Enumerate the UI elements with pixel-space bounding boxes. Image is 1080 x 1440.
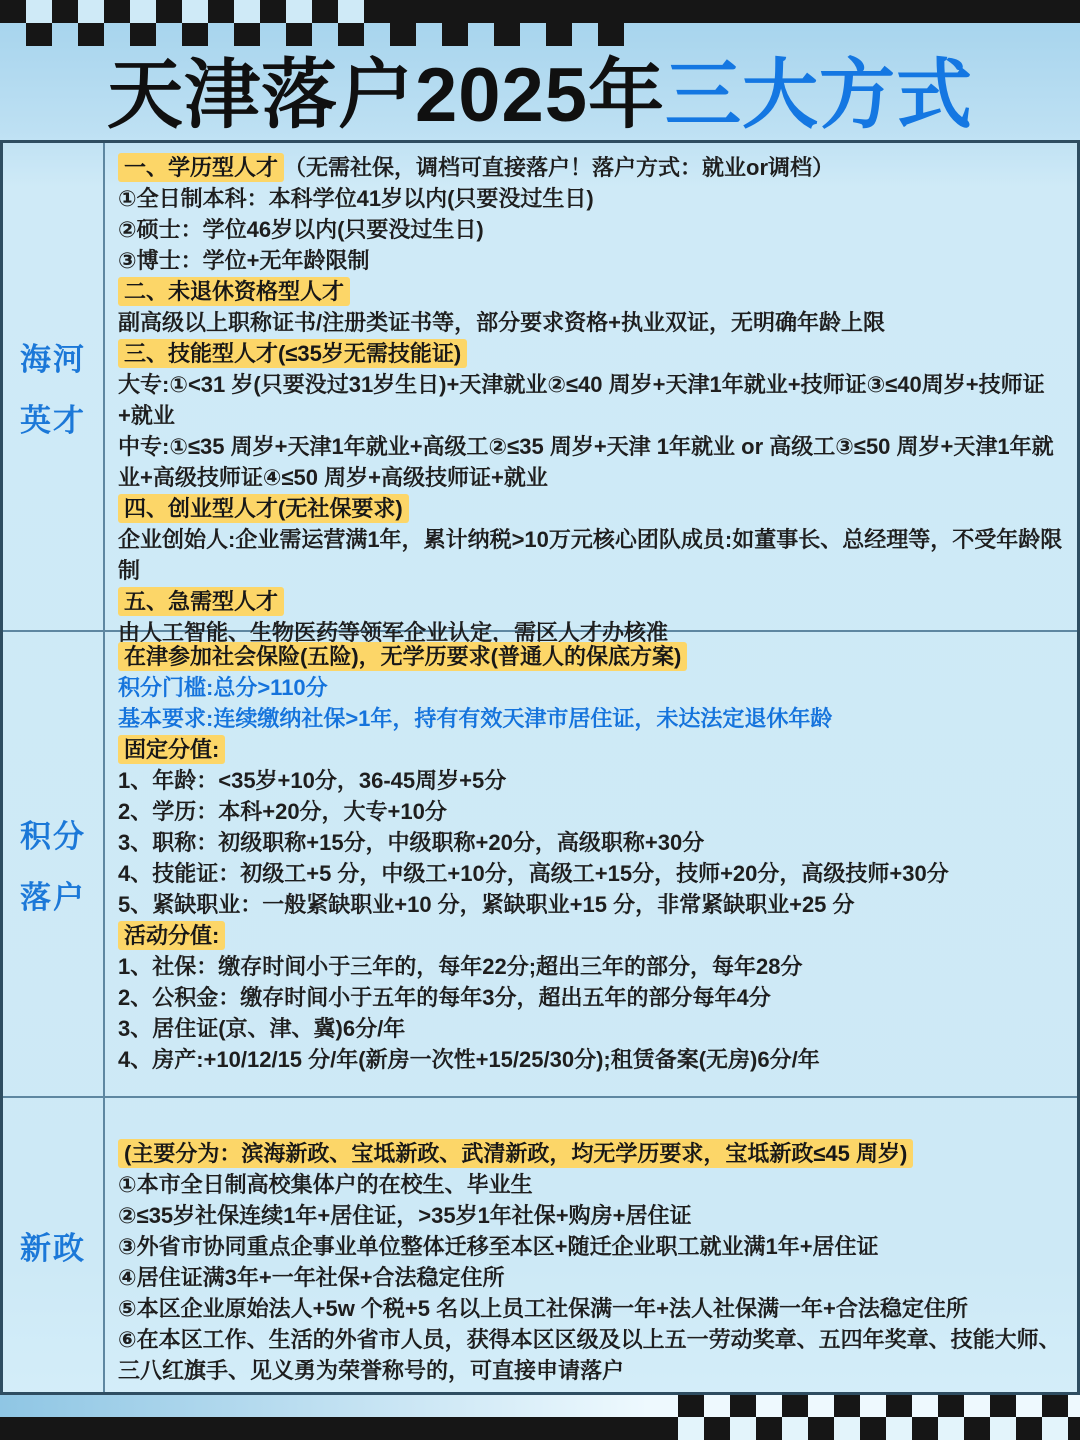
text-line: ②≤35岁社保连续1年+居住证，>35岁1年社保+购房+居住证 (118, 1200, 1065, 1231)
text-line: 基本要求:连续缴纳社保>1年，持有有效天津市居住证，未达法定退休年龄 (118, 703, 1065, 734)
plain-text: 1、年龄：<35岁+10分，36-45周岁+5分 (118, 768, 506, 793)
text-line: ①本市全日制高校集体户的在校生、毕业生 (118, 1169, 1065, 1200)
plain-text: 企业创始人:企业需运营满1年，累计纳税>10万元核心团队成员:如董事长、总经理等… (118, 527, 1062, 583)
section-jifen-luohu: 积分 落户 在津参加社会保险(五险)，无学历要求(普通人的保底方案) 积分门槛:… (3, 632, 1077, 1098)
checkerboard-bottom (0, 1395, 1080, 1440)
text-line: 1、年龄：<35岁+10分，36-45周岁+5分 (118, 765, 1065, 796)
text-line: 五、急需型人才 (118, 586, 1065, 617)
label-line: 落户 (20, 872, 86, 917)
plain-text: ④居住证满3年+一年社保+合法稳定住所 (118, 1265, 505, 1290)
plain-text: （无需社保，调档可直接落户！落户方式：就业or调档） (284, 155, 834, 180)
highlight-text: 三、技能型人才(≤35岁无需技能证) (118, 339, 467, 368)
plain-text: 2、公积金：缴存时间小于五年的每年3分，超出五年的部分每年4分 (118, 985, 771, 1010)
text-line: 三、技能型人才(≤35岁无需技能证) (118, 338, 1065, 369)
section-content-xinzheng: (主要分为：滨海新政、宝坻新政、武清新政，均无学历要求，宝坻新政≤45 周岁) … (105, 1098, 1077, 1392)
checkerboard-top-row1 (0, 0, 1080, 23)
text-line: 积分门槛:总分>110分 (118, 672, 1065, 703)
text-line: ③博士：学位+无年龄限制 (118, 245, 1065, 276)
policy-table: 海河 英才 一、学历型人才（无需社保，调档可直接落户！落户方式：就业or调档） … (0, 140, 1080, 1395)
section-label-jifen-luohu: 积分 落户 (3, 632, 105, 1096)
plain-text: ①全日制本科：本科学位41岁以内(只要没过生日) (118, 186, 594, 211)
blue-text: 基本要求:连续缴纳社保>1年，持有有效天津市居住证，未达法定退休年龄 (118, 706, 832, 731)
checkerboard-bottom-row1-squares (678, 1395, 1080, 1417)
plain-text: 副高级以上职称证书/注册类证书等，部分要求资格+执业双证，无明确年龄上限 (118, 310, 885, 335)
section-content-jifen-luohu: 在津参加社会保险(五险)，无学历要求(普通人的保底方案) 积分门槛:总分>110… (105, 632, 1077, 1096)
plain-text: ②≤35岁社保连续1年+居住证，>35岁1年社保+购房+居住证 (118, 1203, 692, 1228)
text-line: ⑥在本区工作、生活的外省市人员，获得本区区级及以上五一劳动奖章、五四年奖章、技能… (118, 1324, 1065, 1386)
text-line: 四、创业型人才(无社保要求) (118, 493, 1065, 524)
text-line: 2、学历：本科+20分，大专+10分 (118, 796, 1065, 827)
highlight-text: 活动分值: (118, 921, 225, 950)
highlight-text: 四、创业型人才(无社保要求) (118, 494, 409, 523)
label-line: 英才 (20, 395, 86, 440)
highlight-text: 一、学历型人才 (118, 153, 284, 182)
plain-text: 中专:①≤35 周岁+天津1年就业+高级工②≤35 周岁+天津 1年就业 or … (118, 434, 1054, 490)
text-line: 4、房产:+10/12/15 分/年(新房一次性+15/25/30分);租赁备案… (118, 1044, 1065, 1075)
checkerboard-bottom-row1 (0, 1395, 1080, 1417)
text-line: 在津参加社会保险(五险)，无学历要求(普通人的保底方案) (118, 641, 1065, 672)
text-line: ②硕士：学位46岁以内(只要没过生日) (118, 214, 1065, 245)
plain-text: ⑥在本区工作、生活的外省市人员，获得本区区级及以上五一劳动奖章、五四年奖章、技能… (118, 1327, 1061, 1383)
highlight-text: 固定分值: (118, 735, 225, 764)
plain-text: 4、房产:+10/12/15 分/年(新房一次性+15/25/30分);租赁备案… (118, 1047, 820, 1072)
section-content-haihe-yingcai: 一、学历型人才（无需社保，调档可直接落户！落户方式：就业or调档） ①全日制本科… (105, 143, 1077, 630)
plain-text: 4、技能证：初级工+5 分，中级工+10分，高级工+15分，技师+20分，高级技… (118, 861, 949, 886)
text-line: 副高级以上职称证书/注册类证书等，部分要求资格+执业双证，无明确年龄上限 (118, 307, 1065, 338)
page-title: 天津落户2025年三大方式 (0, 34, 1080, 143)
plain-text: ⑤本区企业原始法人+5w 个税+5 名以上员工社保满一年+法人社保满一年+合法稳… (118, 1296, 968, 1321)
text-line: 固定分值: (118, 734, 1065, 765)
checkerboard-top-row1-squares (0, 0, 390, 23)
text-line: 中专:①≤35 周岁+天津1年就业+高级工②≤35 周岁+天津 1年就业 or … (118, 431, 1065, 493)
plain-text: 3、居住证(京、津、冀)6分/年 (118, 1016, 405, 1041)
blue-text: 积分门槛:总分>110分 (118, 675, 328, 700)
text-line: 2、公积金：缴存时间小于五年的每年3分，超出五年的部分每年4分 (118, 982, 1065, 1013)
highlight-text: 五、急需型人才 (118, 587, 284, 616)
text-line: 活动分值: (118, 920, 1065, 951)
plain-text: 5、紧缺职业：一般紧缺职业+10 分，紧缺职业+15 分，非常紧缺职业+25 分 (118, 892, 855, 917)
text-line: 二、未退休资格型人才 (118, 276, 1065, 307)
page-title-blue: 三大方式 (665, 53, 973, 138)
text-line: 3、居住证(京、津、冀)6分/年 (118, 1013, 1065, 1044)
plain-text: ②硕士：学位46岁以内(只要没过生日) (118, 217, 484, 242)
label-line: 积分 (20, 811, 86, 856)
section-haihe-yingcai: 海河 英才 一、学历型人才（无需社保，调档可直接落户！落户方式：就业or调档） … (3, 143, 1077, 632)
text-line: ④居住证满3年+一年社保+合法稳定住所 (118, 1262, 1065, 1293)
text-line: 1、社保：缴存时间小于三年的，每年22分;超出三年的部分，每年28分 (118, 951, 1065, 982)
text-line: 4、技能证：初级工+5 分，中级工+10分，高级工+15分，技师+20分，高级技… (118, 858, 1065, 889)
highlight-text: 在津参加社会保险(五险)，无学历要求(普通人的保底方案) (118, 642, 687, 671)
section-label-xinzheng: 新政 (3, 1098, 105, 1392)
highlight-text: 二、未退休资格型人才 (118, 277, 350, 306)
text-line: (主要分为：滨海新政、宝坻新政、武清新政，均无学历要求，宝坻新政≤45 周岁) (118, 1138, 1065, 1169)
plain-text: 2、学历：本科+20分，大专+10分 (118, 799, 447, 824)
checkerboard-bottom-row2-squares (678, 1417, 1080, 1440)
page-title-black: 天津落户2025年 (107, 53, 665, 138)
plain-text: ③博士：学位+无年龄限制 (118, 248, 369, 273)
plain-text: ③外省市协同重点企事业单位整体迁移至本区+随迁企业职工就业满1年+居住证 (118, 1234, 879, 1259)
section-label-haihe-yingcai: 海河 英才 (3, 143, 105, 630)
text-line: 企业创始人:企业需运营满1年，累计纳税>10万元核心团队成员:如董事长、总经理等… (118, 524, 1065, 586)
text-line: ①全日制本科：本科学位41岁以内(只要没过生日) (118, 183, 1065, 214)
text-line: 3、职称：初级职称+15分，中级职称+20分，高级职称+30分 (118, 827, 1065, 858)
text-line: ③外省市协同重点企事业单位整体迁移至本区+随迁企业职工就业满1年+居住证 (118, 1231, 1065, 1262)
plain-text: 1、社保：缴存时间小于三年的，每年22分;超出三年的部分，每年28分 (118, 954, 803, 979)
text-line: 大专:①<31 岁(只要没过31岁生日)+天津就业②≤40 周岁+天津1年就业+… (118, 369, 1065, 431)
plain-text: 3、职称：初级职称+15分，中级职称+20分，高级职称+30分 (118, 830, 704, 855)
label-line: 海河 (20, 334, 86, 379)
plain-text: ①本市全日制高校集体户的在校生、毕业生 (118, 1172, 533, 1197)
section-xinzheng: 新政 (主要分为：滨海新政、宝坻新政、武清新政，均无学历要求，宝坻新政≤45 周… (3, 1098, 1077, 1392)
plain-text: 大专:①<31 岁(只要没过31岁生日)+天津就业②≤40 周岁+天津1年就业+… (118, 372, 1045, 428)
highlight-text: (主要分为：滨海新政、宝坻新政、武清新政，均无学历要求，宝坻新政≤45 周岁) (118, 1139, 913, 1168)
text-line: 一、学历型人才（无需社保，调档可直接落户！落户方式：就业or调档） (118, 152, 1065, 183)
checkerboard-bottom-row2 (0, 1417, 1080, 1440)
label-line: 新政 (20, 1223, 86, 1268)
text-line: 5、紧缺职业：一般紧缺职业+10 分，紧缺职业+15 分，非常紧缺职业+25 分 (118, 889, 1065, 920)
text-line: ⑤本区企业原始法人+5w 个税+5 名以上员工社保满一年+法人社保满一年+合法稳… (118, 1293, 1065, 1324)
